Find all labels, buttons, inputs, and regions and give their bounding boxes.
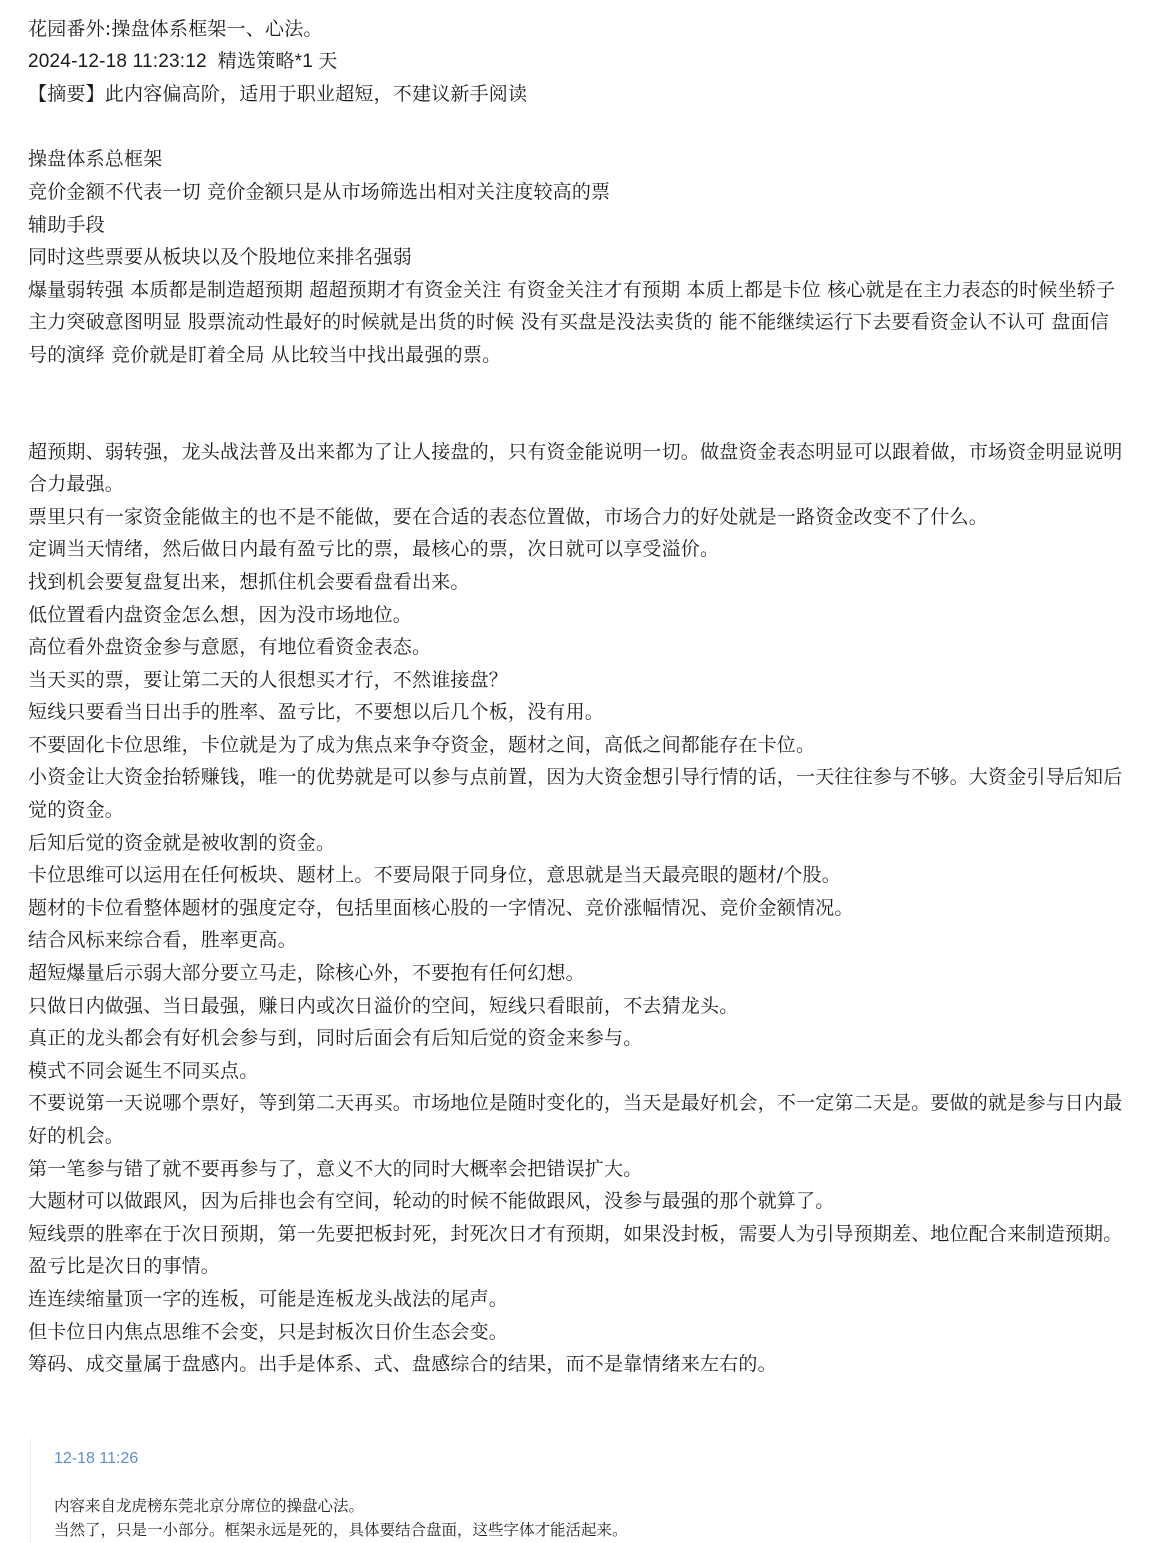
article-summary: 【摘要】此内容偏高阶，适用于职业超短，不建议新手阅读 xyxy=(28,78,1128,111)
article-meta: 2024-12-18 11:23:12 精选策略*1 天 xyxy=(28,46,1128,79)
paragraph: 票里只有一家资金能做主的也不是不能做，要在合适的表态位置做，市场合力的好处就是一… xyxy=(28,501,1128,534)
paragraph: 结合风标来综合看，胜率更高。 xyxy=(28,924,1128,957)
spacer xyxy=(28,372,1128,436)
paragraph: 模式不同会诞生不同买点。 xyxy=(28,1055,1128,1088)
paragraph: 高位看外盘资金参与意愿，有地位看资金表态。 xyxy=(28,631,1128,664)
paragraph: 第一笔参与错了就不要再参与了，意义不大的同时大概率会把错误扩大。 xyxy=(28,1153,1128,1186)
paragraph: 爆量弱转强 本质都是制造超预期 超超预期才有资金关注 有资金关注才有预期 本质上… xyxy=(28,274,1128,372)
spacer xyxy=(28,111,1128,144)
article-title: 花园番外:操盘体系框架一、心法。 xyxy=(28,13,1128,46)
paragraph: 只做日内做强、当日最强，赚日内或次日溢价的空间，短线只看眼前，不去猜龙头。 xyxy=(28,990,1128,1023)
paragraph: 同时这些票要从板块以及个股地位来排名强弱 xyxy=(28,241,1128,274)
paragraph: 连连续缩量顶一字的连板，可能是连板龙头战法的尾声。 xyxy=(28,1283,1128,1316)
paragraph: 超短爆量后示弱大部分要立马走，除核心外，不要抱有任何幻想。 xyxy=(28,957,1128,990)
article-header: 花园番外:操盘体系框架一、心法。 2024-12-18 11:23:12 精选策… xyxy=(28,13,1128,111)
paragraph: 题材的卡位看整体题材的强度定夺，包括里面核心股的一字情况、竞价涨幅情况、竞价金额… xyxy=(28,892,1128,925)
principles-section: 超预期、弱转强，龙头战法普及出来都为了让人接盘的，只有资金能说明一切。做盘资金表… xyxy=(28,436,1128,1381)
paragraph: 找到机会要复盘复出来，想抓住机会要看盘看出来。 xyxy=(28,566,1128,599)
paragraph: 短线只要看当日出手的胜率、盈亏比，不要想以后几个板，没有用。 xyxy=(28,696,1128,729)
paragraph: 不要固化卡位思维，卡位就是为了成为焦点来争夺资金，题材之间，高低之间都能存在卡位… xyxy=(28,729,1128,762)
paragraph: 超预期、弱转强，龙头战法普及出来都为了让人接盘的，只有资金能说明一切。做盘资金表… xyxy=(28,436,1128,501)
paragraph: 操盘体系总框架 xyxy=(28,143,1128,176)
paragraph: 但卡位日内焦点思维不会变，只是封板次日价生态会变。 xyxy=(28,1316,1128,1349)
paragraph: 筹码、成交量属于盘感内。出手是体系、式、盘感综合的结果，而不是靠情绪来左右的。 xyxy=(28,1348,1128,1381)
paragraph: 小资金让大资金抬轿赚钱，唯一的优势就是可以参与点前置，因为大资金想引导行情的话，… xyxy=(28,761,1128,826)
publish-datetime: 2024-12-18 11:23:12 xyxy=(28,51,207,72)
category-tag: 精选策略*1 天 xyxy=(218,51,338,72)
paragraph: 低位置看内盘资金怎么想，因为没市场地位。 xyxy=(28,599,1128,632)
framework-section: 操盘体系总框架 竞价金额不代表一切 竞价金额只是从市场筛选出相对关注度较高的票 … xyxy=(28,143,1128,371)
paragraph: 定调当天情绪，然后做日内最有盈亏比的票，最核心的票，次日就可以享受溢价。 xyxy=(28,533,1128,566)
paragraph: 竞价金额不代表一切 竞价金额只是从市场筛选出相对关注度较高的票 xyxy=(28,176,1128,209)
paragraph: 真正的龙头都会有好机会参与到，同时后面会有后知后觉的资金来参与。 xyxy=(28,1022,1128,1055)
paragraph: 当天买的票，要让第二天的人很想买才行，不然谁接盘？ xyxy=(28,664,1128,697)
comment-timestamp: 12-18 11:26 xyxy=(54,1448,138,1470)
paragraph: 盈亏比是次日的事情。 xyxy=(28,1250,1128,1283)
comment-line: 当然了，只是一小部分。框架永远是死的，具体要结合盘面，这些字体才能活起来。 xyxy=(54,1518,628,1542)
comment-card: 12-18 11:26 内容来自龙虎榜东莞北京分席位的操盘心法。 当然了，只是一… xyxy=(30,1438,1121,1543)
paragraph: 卡位思维可以运用在任何板块、题材上。不要局限于同身位，意思就是当天最亮眼的题材/… xyxy=(28,859,1128,892)
paragraph: 辅助手段 xyxy=(28,209,1128,242)
paragraph: 不要说第一天说哪个票好，等到第二天再买。市场地位是随时变化的，当天是最好机会，不… xyxy=(28,1087,1128,1152)
paragraph: 大题材可以做跟风，因为后排也会有空间，轮动的时候不能做跟风，没参与最强的那个就算… xyxy=(28,1185,1128,1218)
article: 花园番外:操盘体系框架一、心法。 2024-12-18 11:23:12 精选策… xyxy=(28,13,1128,1381)
paragraph: 短线票的胜率在于次日预期，第一先要把板封死，封死次日才有预期，如果没封板，需要人… xyxy=(28,1218,1128,1251)
comment-body: 内容来自龙虎榜东莞北京分席位的操盘心法。 当然了，只是一小部分。框架永远是死的，… xyxy=(54,1494,628,1542)
comment-line: 内容来自龙虎榜东莞北京分席位的操盘心法。 xyxy=(54,1494,628,1518)
paragraph: 后知后觉的资金就是被收割的资金。 xyxy=(28,827,1128,860)
